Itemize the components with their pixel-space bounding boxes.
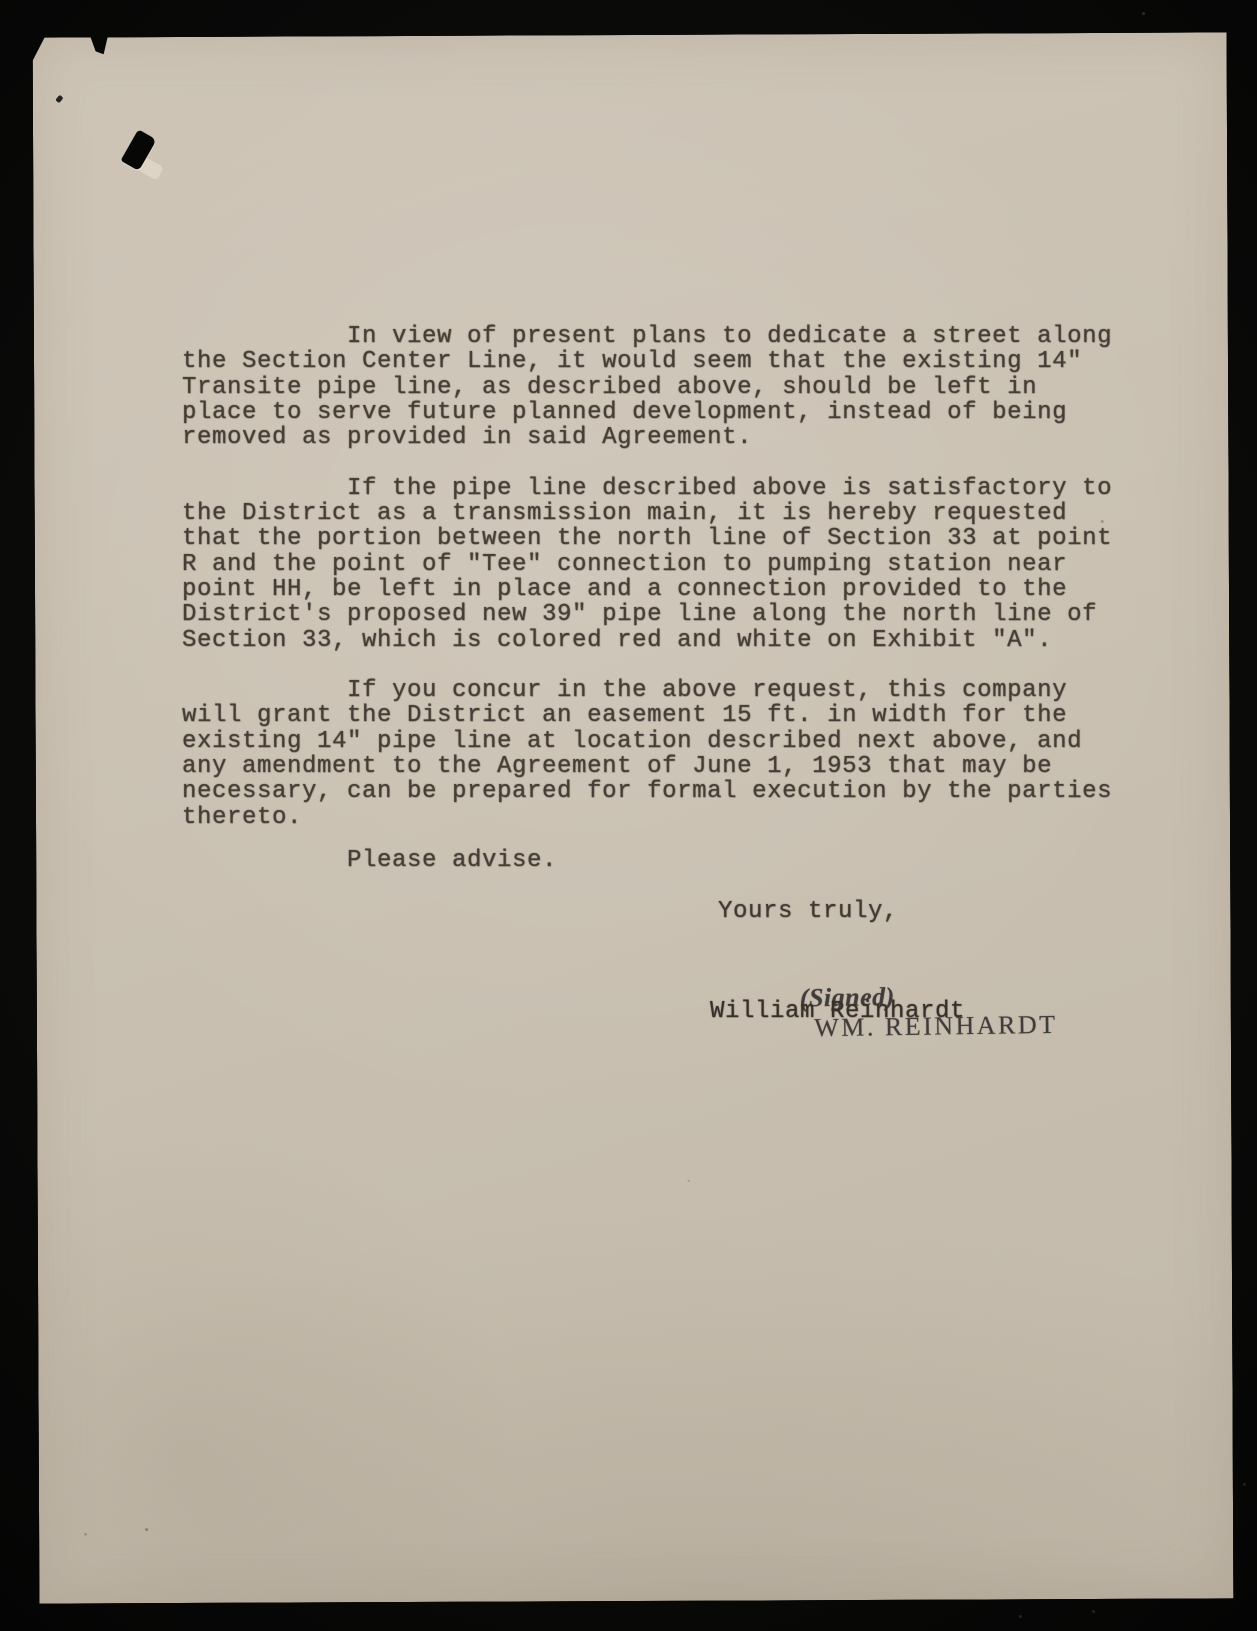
paragraph-street-dedication: In view of present plans to dedicate a s… xyxy=(182,324,1112,450)
typed-line: the District as a transmission main, it … xyxy=(182,501,1112,526)
letter-body: In view of present plans to dedicate a s… xyxy=(182,324,1112,873)
typed-line: Transite pipe line, as described above, … xyxy=(182,375,1112,400)
typed-line: Section 33, which is colored red and whi… xyxy=(182,628,1112,653)
typed-line: the Section Center Line, it would seem t… xyxy=(182,349,1112,374)
typed-line: necessary, can be prepared for formal ex… xyxy=(182,779,1112,804)
paper-speck xyxy=(145,1528,148,1531)
typed-line: Please advise. xyxy=(182,848,1112,873)
letter-page: In view of present plans to dedicate a s… xyxy=(33,32,1234,1603)
paper-speck xyxy=(84,1533,87,1535)
typed-line: any amendment to the Agreement of June 1… xyxy=(182,754,1112,779)
paper-speck xyxy=(688,1180,690,1182)
typed-line: that the portion between the north line … xyxy=(182,526,1112,551)
paragraph-pipe-line-request: If the pipe line described above is sati… xyxy=(182,476,1112,653)
dust-speck xyxy=(1142,12,1145,15)
typed-line: place to serve future planned developmen… xyxy=(182,400,1112,425)
letter-content: In view of present plans to dedicate a s… xyxy=(36,35,1230,1601)
typed-line: point HH, be left in place and a connect… xyxy=(182,577,1112,602)
typed-signature-name: William Reinhardt xyxy=(710,999,965,1024)
typed-line: District's proposed new 39" pipe line al… xyxy=(182,602,1112,627)
paragraph-easement-grant: If you concur in the above request, this… xyxy=(182,678,1112,830)
paper-speck xyxy=(1101,520,1104,523)
typed-line: removed as provided in said Agreement. xyxy=(182,425,1112,450)
dust-speck xyxy=(1243,1483,1246,1486)
typed-line: If the pipe line described above is sati… xyxy=(182,476,1112,501)
closing-line: Yours truly, xyxy=(718,899,898,924)
paragraph-please-advise: Please advise. xyxy=(182,848,1112,873)
typed-line: thereto. xyxy=(182,805,1112,830)
dust-speck xyxy=(1019,1615,1022,1618)
typed-line: R and the point of "Tee" connection to p… xyxy=(182,552,1112,577)
typed-line: existing 14" pipe line at location descr… xyxy=(182,729,1112,754)
typed-line: will grant the District an easement 15 f… xyxy=(182,703,1112,728)
typed-line: In view of present plans to dedicate a s… xyxy=(182,324,1112,349)
typed-line: If you concur in the above request, this… xyxy=(182,678,1112,703)
dust-speck xyxy=(1092,1610,1095,1613)
